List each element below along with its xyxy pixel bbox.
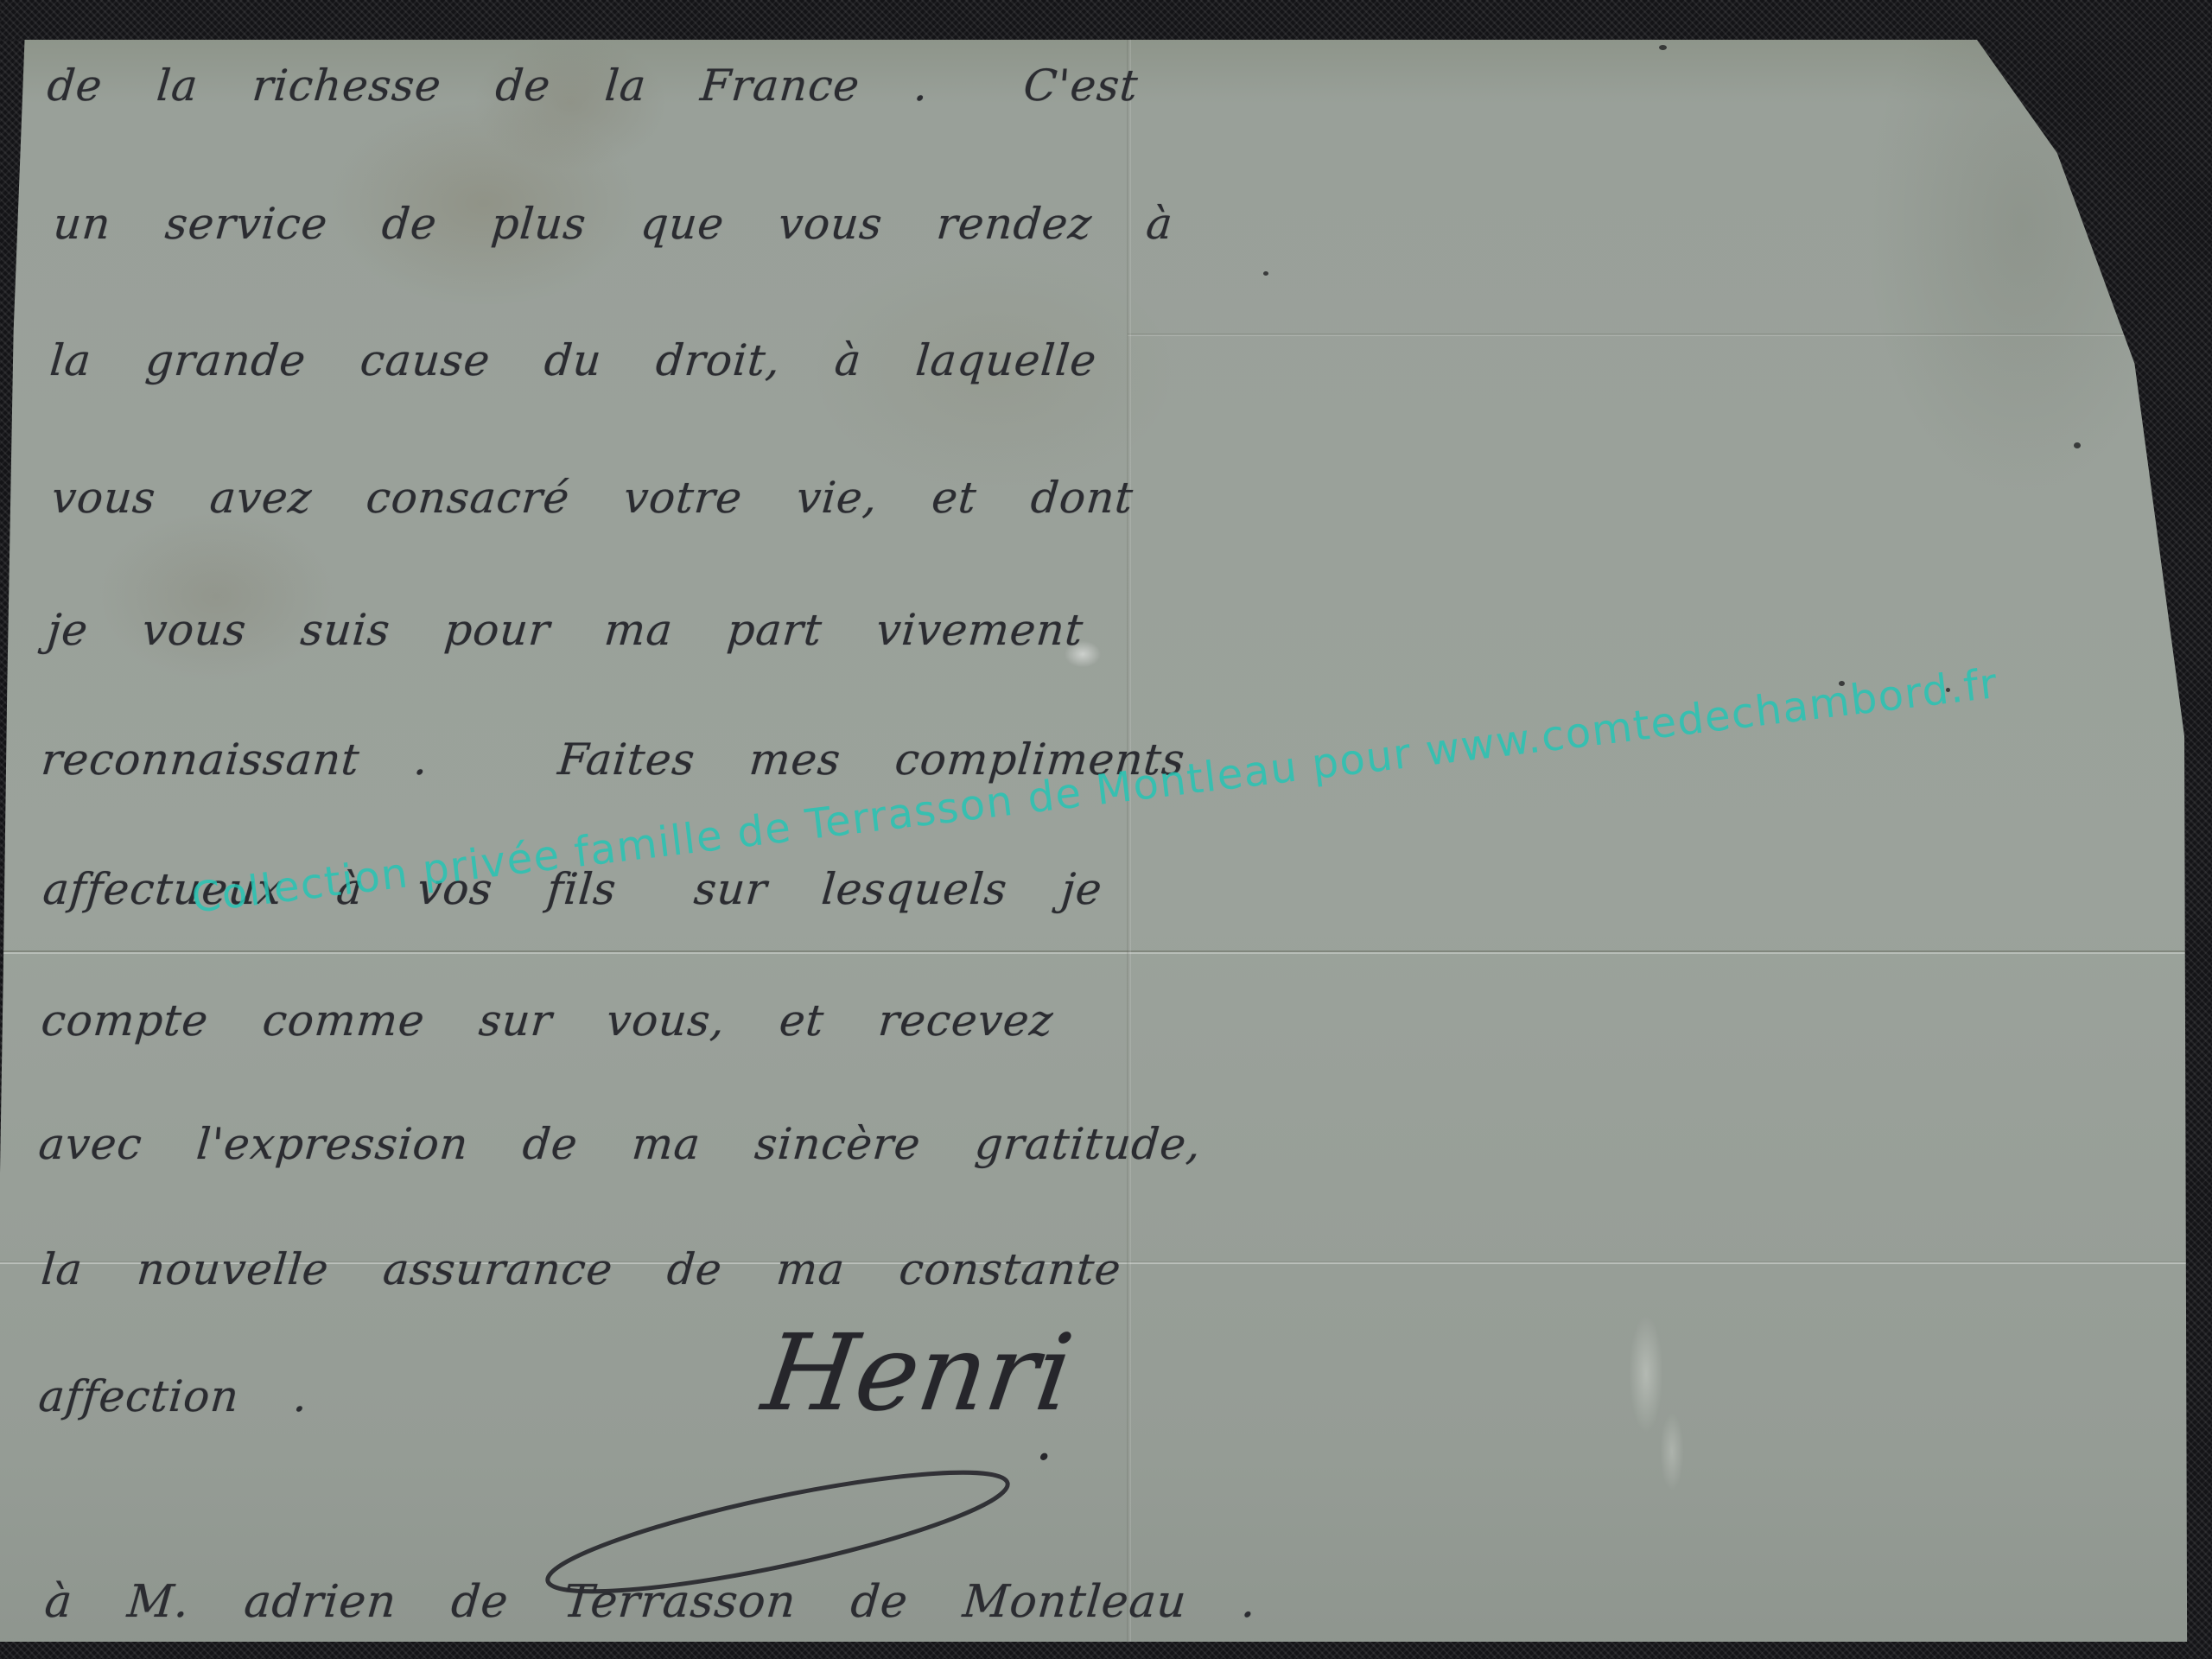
line-text: sur lesquels je <box>692 862 1105 917</box>
fold-crease-upper-right <box>1128 334 2195 336</box>
line-text: je vous suis pour ma part vivement <box>45 603 1085 658</box>
line-text: un service de plus que vous rendez à <box>51 197 1175 251</box>
letter-line: je vous suis pour ma part vivement <box>45 603 1085 658</box>
line-text: la grande cause du droit, à laquelle <box>48 334 1099 388</box>
frame-border-bottom <box>0 1642 2212 1659</box>
signature: Henri <box>757 1320 1078 1426</box>
line-text: avec l'expression de ma sincère gratitud… <box>36 1117 1204 1172</box>
letter-line: avec l'expression de ma sincère gratitud… <box>36 1117 1204 1172</box>
line-text: de la richesse de la France . <box>45 59 931 113</box>
addressee-line: à M. adrien de Terrasson de Montleau . <box>42 1574 1259 1630</box>
dust-speck <box>1946 688 1950 692</box>
letter-line: la nouvelle assurance de ma constante <box>39 1243 1123 1297</box>
line-text: affection . <box>36 1370 310 1424</box>
letter-line: la grande cause du droit, à laquelle <box>48 334 1099 388</box>
line-text: la nouvelle assurance de ma constante <box>39 1243 1123 1297</box>
line-text: à M. adrien de Terrasson de Montleau . <box>42 1574 1259 1630</box>
dust-speck <box>1839 681 1845 686</box>
letter-line: de la richesse de la France .C'est <box>45 59 1141 113</box>
line-text: vous avez consacré votre vie, et dont <box>49 471 1135 525</box>
fold-crease-vertical <box>1127 40 1131 1659</box>
frame-border-top <box>0 0 2212 40</box>
line-text: reconnaissant . <box>39 733 430 787</box>
dust-speck <box>1263 271 1268 276</box>
line-text: C'est <box>1021 59 1141 113</box>
framed-letter-photo: de la richesse de la France .C'est un se… <box>0 0 2212 1659</box>
letter-line: un service de plus que vous rendez à <box>51 197 1175 251</box>
line-text: compte comme sur vous, et recevez <box>39 994 1055 1048</box>
letter-line: compte comme sur vous, et recevez <box>39 994 1055 1048</box>
fold-crease-middle <box>0 950 2212 954</box>
dust-speck <box>2074 442 2081 448</box>
letter-line: vous avez consacré votre vie, et dont <box>49 471 1135 525</box>
letter-line: affection . <box>36 1370 310 1424</box>
dust-speck <box>1659 45 1667 50</box>
